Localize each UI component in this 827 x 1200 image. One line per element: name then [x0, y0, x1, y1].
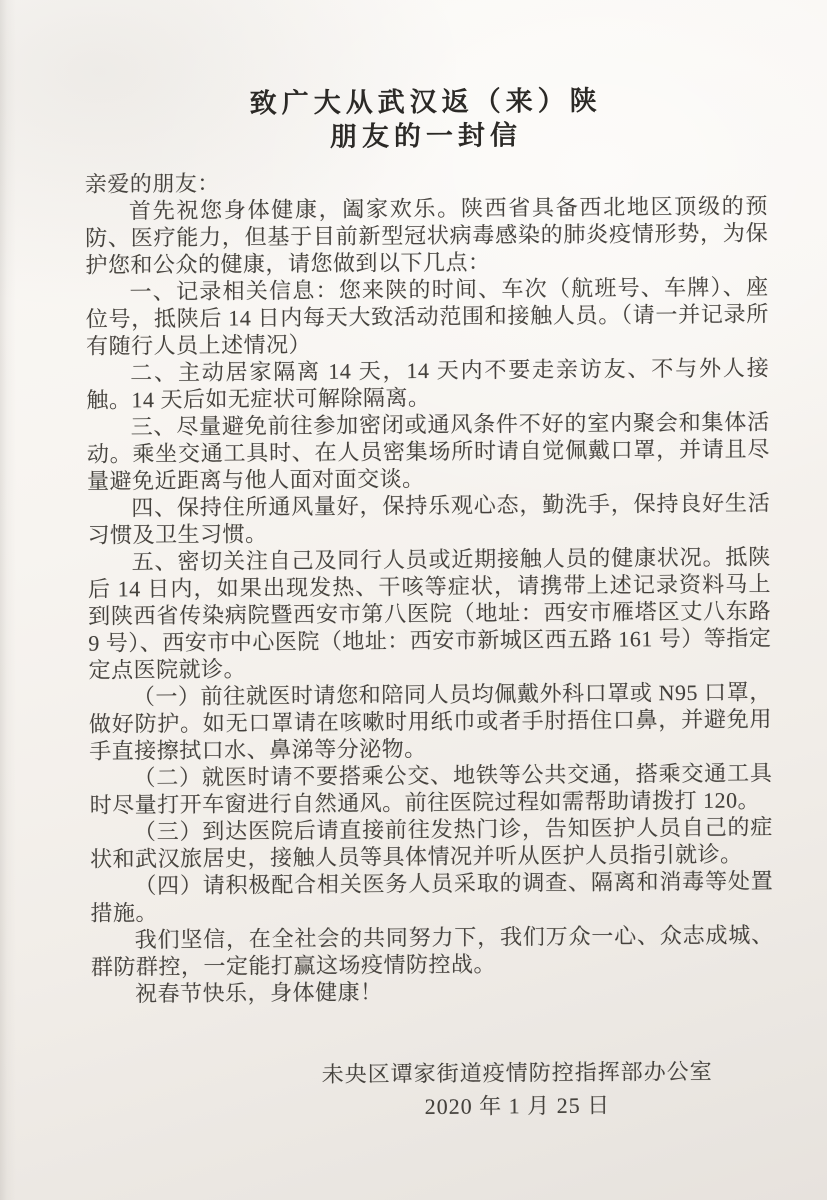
letter-photo: 致广大从武汉返（来）陕 朋友的一封信 亲爱的朋友： 首先祝您身体健康，阖家欢乐。… [0, 0, 827, 1200]
signature-block: 未央区谭家街道疫情防控指挥部办公室 2020 年 1 月 25 日 [322, 1055, 714, 1124]
letter-paragraph-subitem-3: （三）到达医院后请直接前往发热门诊，告知医护人员自己的症状和武汉旅居史，接触人员… [90, 813, 773, 872]
title-line-1: 致广大从武汉返（来）陕 [84, 83, 767, 122]
letter-paragraph-item-2: 二、主动居家隔离 14 天，14 天内不要走亲访友、不与外人接触。14 天后如无… [86, 354, 769, 413]
date-line: 2020 年 1 月 25 日 [322, 1088, 713, 1124]
letter-title: 致广大从武汉返（来）陕 朋友的一封信 [84, 83, 768, 156]
letter-paragraph-subitem-2: （二）就医时请不要搭乘公交、地铁等公共交通，搭乘交通工具时尽量打开车窗进行自然通… [89, 759, 772, 818]
letter-paragraph-subitem-4: （四）请积极配合相关医务人员采取的调查、隔离和消毒等处置措施。 [90, 867, 773, 926]
letter-paragraph-item-4: 四、保持住所通风量好，保持乐观心态，勤洗手，保持良好生活习惯及卫生习惯。 [87, 489, 770, 548]
letter-body: 亲爱的朋友： 首先祝您身体健康，阖家欢乐。陕西省具备西北地区顶级的预防、医疗能力… [85, 165, 775, 1007]
letter-paragraph-subitem-1: （一）前往就医时请您和陪同人员均佩戴外科口罩或 N95 口罩，做好防护。如无口罩… [89, 678, 773, 764]
letter-paragraph-wish: 祝春节快乐，身体健康！ [91, 975, 774, 1007]
letter-content: 致广大从武汉返（来）陕 朋友的一封信 亲爱的朋友： 首先祝您身体健康，阖家欢乐。… [84, 83, 775, 1125]
letter-paragraph-item-1: 一、记录相关信息：您来陕的时间、车次（航班号、车牌）、座位号，抵陕后 14 日内… [86, 273, 770, 359]
letter-paragraph-item-5: 五、密切关注自己及同行人员或近期接触人员的健康状况。抵陕后 14 日内，如果出现… [88, 543, 772, 683]
letter-paragraph-intro: 首先祝您身体健康，阖家欢乐。陕西省具备西北地区顶级的预防、医疗能力，但基于目前新… [85, 192, 769, 278]
title-line-2: 朋友的一封信 [84, 117, 767, 156]
letter-paragraph-closing: 我们坚信，在全社会的共同努力下，我们万众一心、众志成城、群防群控，一定能打赢这场… [91, 921, 774, 980]
signature: 未央区谭家街道疫情防控指挥部办公室 [322, 1055, 713, 1091]
letter-paragraph-item-3: 三、尽量避免前往参加密闭或通风条件不好的室内聚会和集体活动。乘坐交通工具时、在人… [87, 408, 771, 494]
